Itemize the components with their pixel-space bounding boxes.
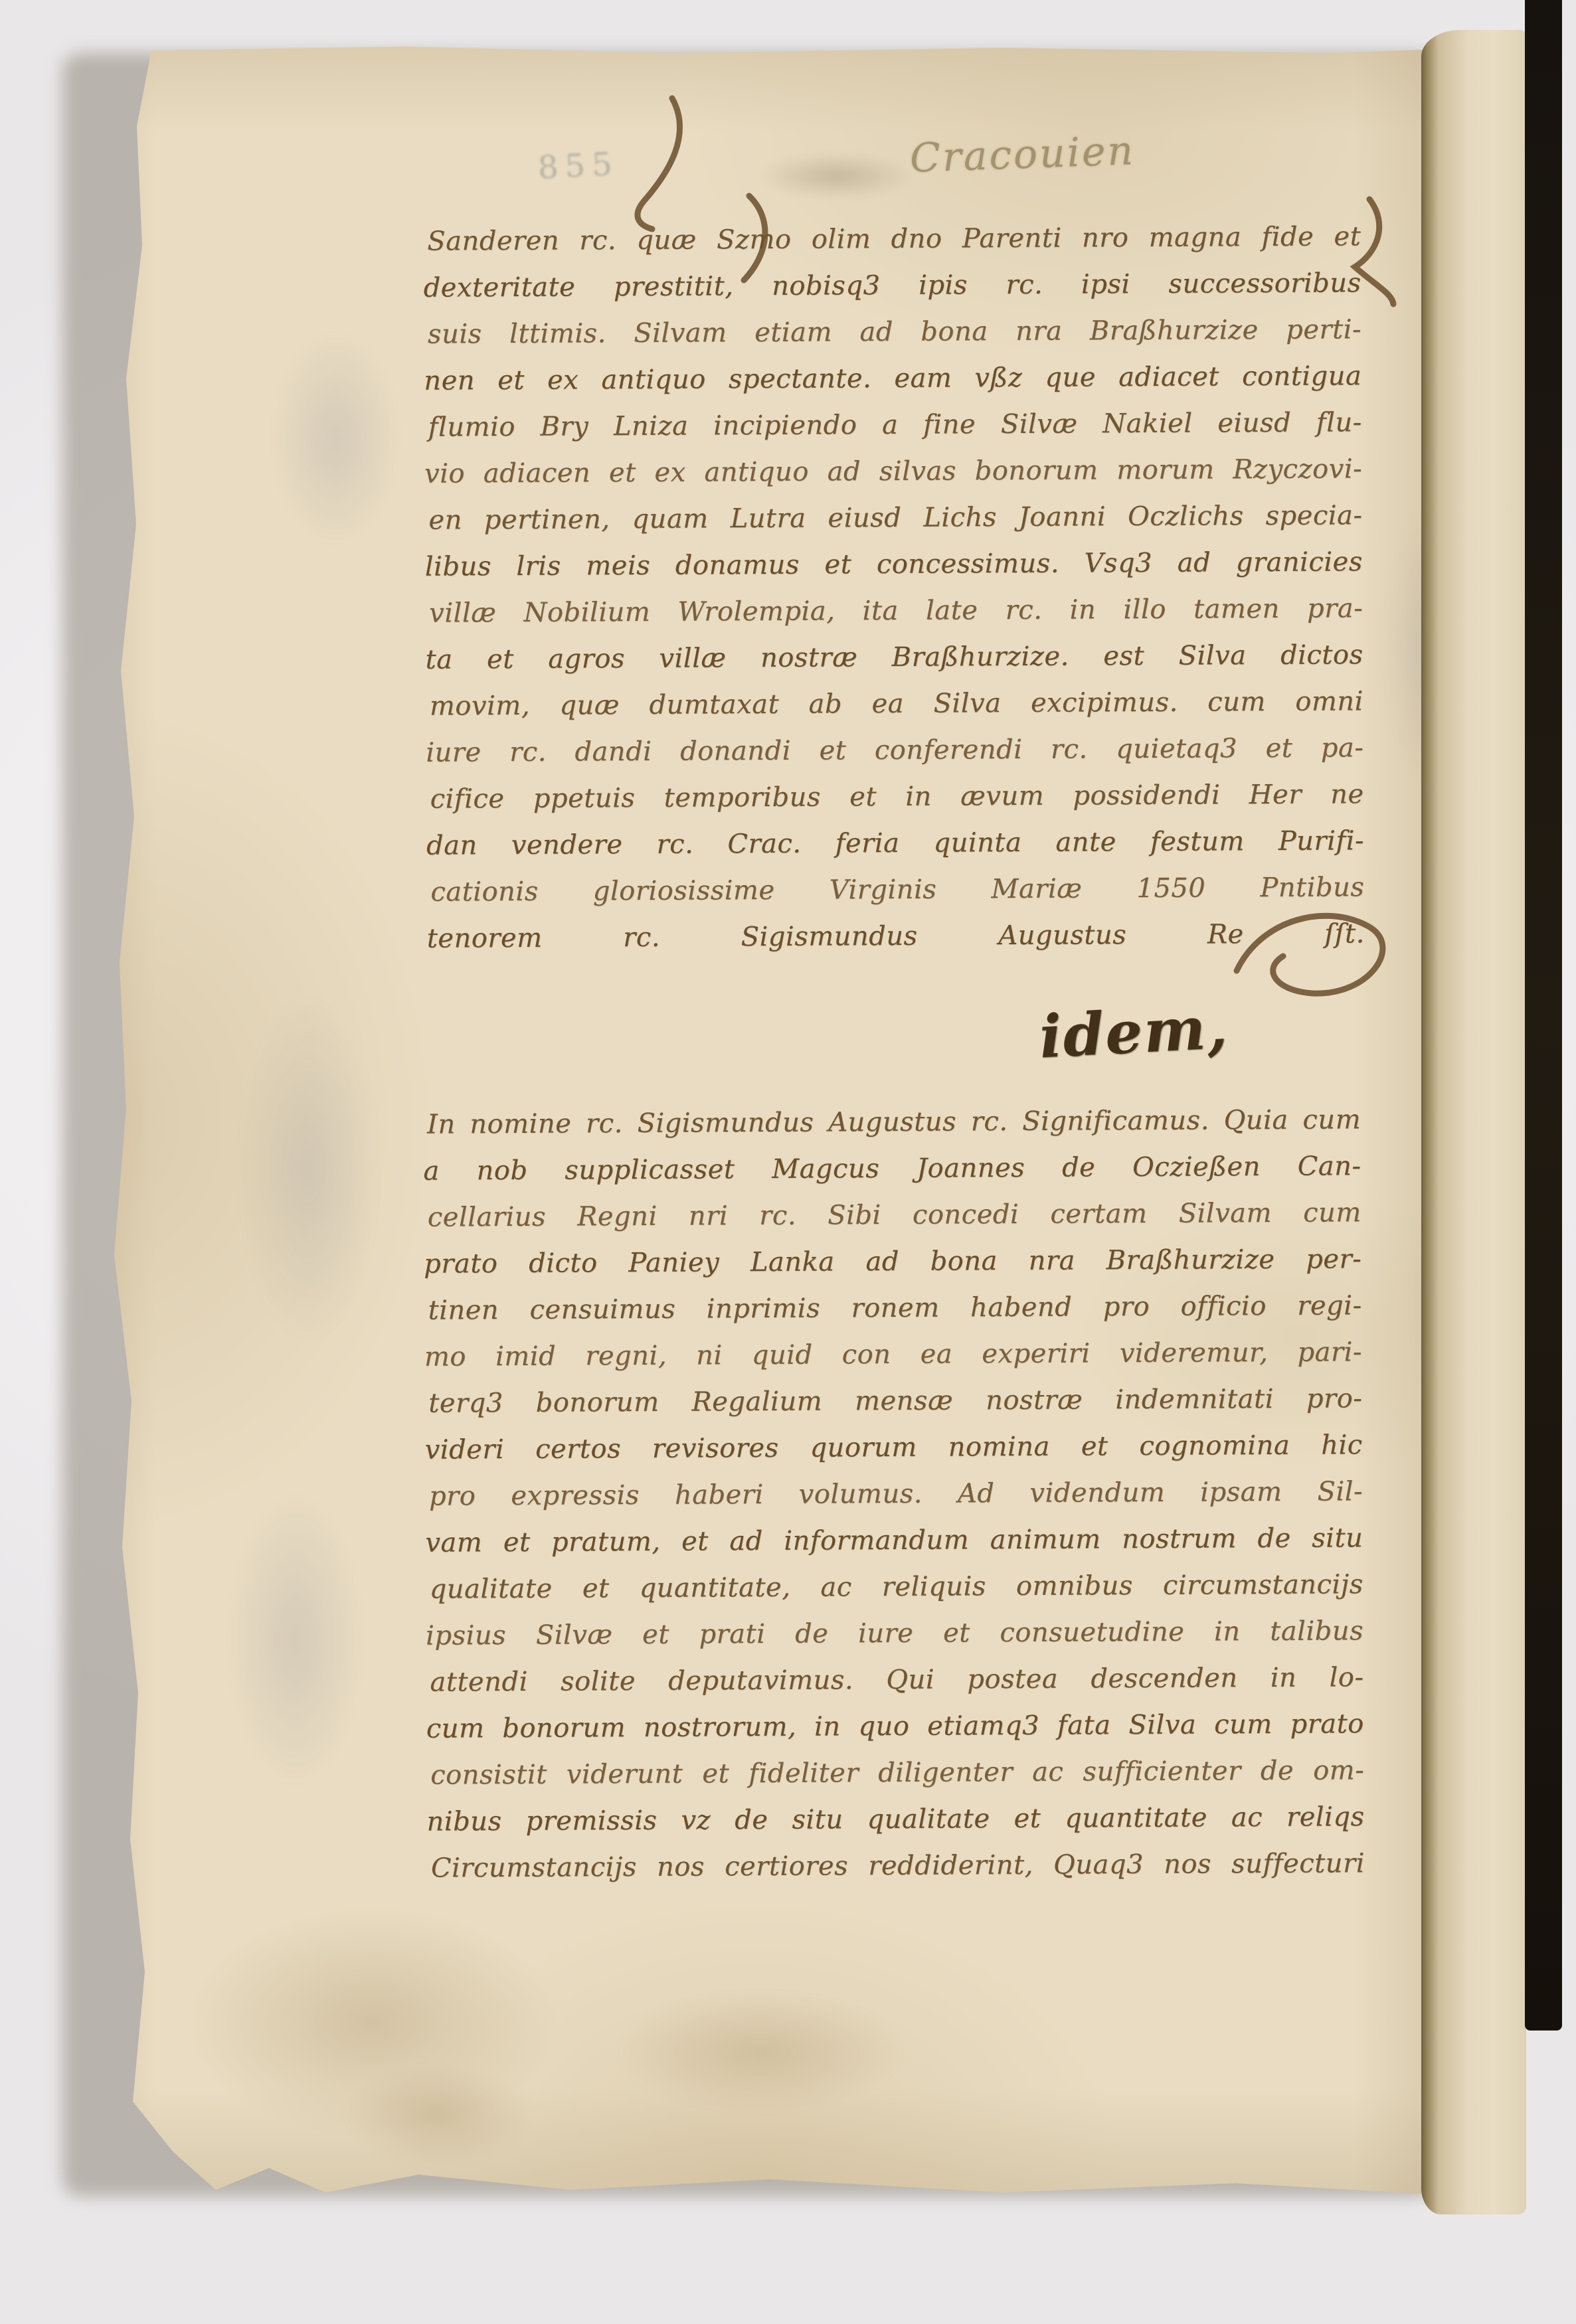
faded-header-marks bbox=[760, 153, 913, 199]
manuscript-line: nibus premissis vz de situ qualitate et … bbox=[426, 1793, 1364, 1845]
manuscript-line: cationis gloriosissime Virginis Mariæ 15… bbox=[426, 864, 1364, 915]
entry-1-text: Sanderen rc. quæ Szmo olim dno Parenti n… bbox=[423, 213, 1365, 961]
manuscript-line: cifice ppetuis temporibus et in ævum pos… bbox=[426, 771, 1363, 822]
manuscript-line: terq3 bonorum Regalium mensæ nostræ inde… bbox=[424, 1375, 1362, 1426]
manuscript-line: ipsius Silvæ et prati de iure et consuet… bbox=[426, 1608, 1363, 1659]
manuscript-line: libus lris meis donamus et concessimus. … bbox=[425, 539, 1363, 590]
show-through-smudge bbox=[239, 996, 379, 1341]
parchment-stain bbox=[345, 2065, 531, 2165]
manuscript-line: qualitate et quantitate, ac reliquis omn… bbox=[426, 1561, 1363, 1612]
running-title: Cracouien bbox=[909, 127, 1136, 182]
manuscript-line: ta et agros villæ nostræ Braßhurzize. es… bbox=[425, 631, 1363, 683]
manuscript-line: movim, quæ dumtaxat ab ea Silva excipimu… bbox=[426, 678, 1363, 729]
manuscript-line: vam et pratum, et ad informandum animum … bbox=[425, 1515, 1363, 1566]
manuscript-line: a nob supplicasset Magcus Joannes de Ocz… bbox=[423, 1143, 1361, 1194]
manuscript-line: prato dicto Paniey Lanka ad bona nra Bra… bbox=[424, 1236, 1361, 1287]
manuscript-line: villæ Nobilium Wrolempia, ita late rc. i… bbox=[425, 585, 1363, 636]
manuscript-line: iure rc. dandi donandi et conferendi rc.… bbox=[426, 724, 1363, 776]
manuscript-page: Cracouien 855 Sanderen rc. quæ Szmo olim… bbox=[73, 46, 1436, 2195]
manuscript-line: nen et ex antiquo spectante. eam vßz que… bbox=[424, 353, 1361, 404]
entry-2-text: In nomine rc. Sigismundus Augustus rc. S… bbox=[423, 1096, 1365, 1891]
show-through-smudge bbox=[272, 332, 398, 544]
manuscript-line: attendi solite deputavimus. Qui postea d… bbox=[426, 1654, 1363, 1705]
scan-background: Cracouien 855 Sanderen rc. quæ Szmo olim… bbox=[0, 0, 1576, 2324]
parchment-stain bbox=[618, 1992, 903, 2112]
manuscript-line: cellarius Regni nri rc. Sibi concedi cer… bbox=[424, 1189, 1361, 1240]
manuscript-line: tinen censuimus inprimis ronem habend pr… bbox=[424, 1282, 1361, 1333]
manuscript-line: mo imid regni, ni quid con ea experiri v… bbox=[424, 1329, 1362, 1380]
manuscript-line: en pertinen, quam Lutra eiusd Lichs Joan… bbox=[424, 492, 1362, 543]
binding-strip bbox=[1525, 0, 1562, 2031]
manuscript-line: In nomine rc. Sigismundus Augustus rc. S… bbox=[423, 1096, 1361, 1147]
show-through-smudge bbox=[229, 1494, 362, 1786]
manuscript-line: dexteritate prestitit, nobisq3 ipis rc. … bbox=[423, 260, 1361, 311]
manuscript-line: videri certos revisores quorum nomina et… bbox=[424, 1422, 1362, 1473]
adjacent-page-edge bbox=[1421, 30, 1526, 2214]
manuscript-line: tenorem rc. Sigismundus Augustus Re ſſt. bbox=[427, 910, 1365, 961]
manuscript-line: flumio Bry Lniza incipiendo a fine Silvæ… bbox=[424, 399, 1362, 450]
manuscript-line: Circumstancijs nos certiores reddiderint… bbox=[427, 1840, 1365, 1891]
entry-2-heading: idem, bbox=[1037, 993, 1230, 1072]
manuscript-line: suis lttimis. Silvam etiam ad bona nra B… bbox=[424, 306, 1361, 357]
manuscript-line: Sanderen rc. quæ Szmo olim dno Parenti n… bbox=[423, 213, 1361, 264]
manuscript-line: dan vendere rc. Crac. feria quinta ante … bbox=[426, 817, 1364, 869]
page-number-stamp: 855 bbox=[537, 145, 620, 187]
manuscript-line: consistit viderunt et fideliter diligent… bbox=[426, 1747, 1364, 1798]
manuscript-line: pro expressis haberi volumus. Ad videndu… bbox=[425, 1468, 1363, 1519]
manuscript-line: cum bonorum nostrorum, in quo etiamq3 fa… bbox=[426, 1701, 1364, 1752]
manuscript-line: vio adiacen et ex antiquo ad silvas bono… bbox=[424, 446, 1362, 497]
